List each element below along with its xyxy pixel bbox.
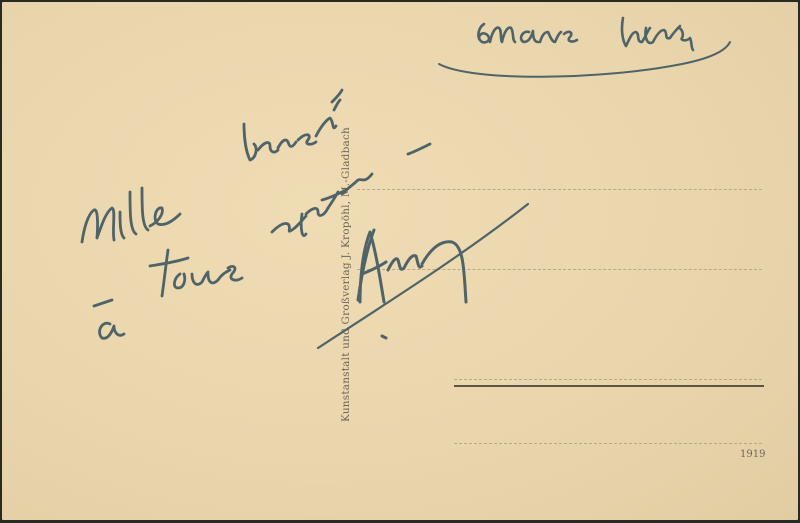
- handwritten-a-tous: [94, 250, 242, 338]
- handwriting-ink: [2, 2, 798, 520]
- postcard-back: Kunstanstalt und Großverlag J. Kropöhl, …: [2, 2, 798, 520]
- handwritten-mille: [82, 188, 180, 242]
- signature-flourish: [318, 204, 528, 348]
- ink-dot: [382, 336, 386, 338]
- handwritten-date: [439, 18, 730, 77]
- handwritten-signature: [358, 230, 466, 302]
- handwritten-quatre: [272, 144, 430, 236]
- handwritten-baisers: [244, 90, 342, 160]
